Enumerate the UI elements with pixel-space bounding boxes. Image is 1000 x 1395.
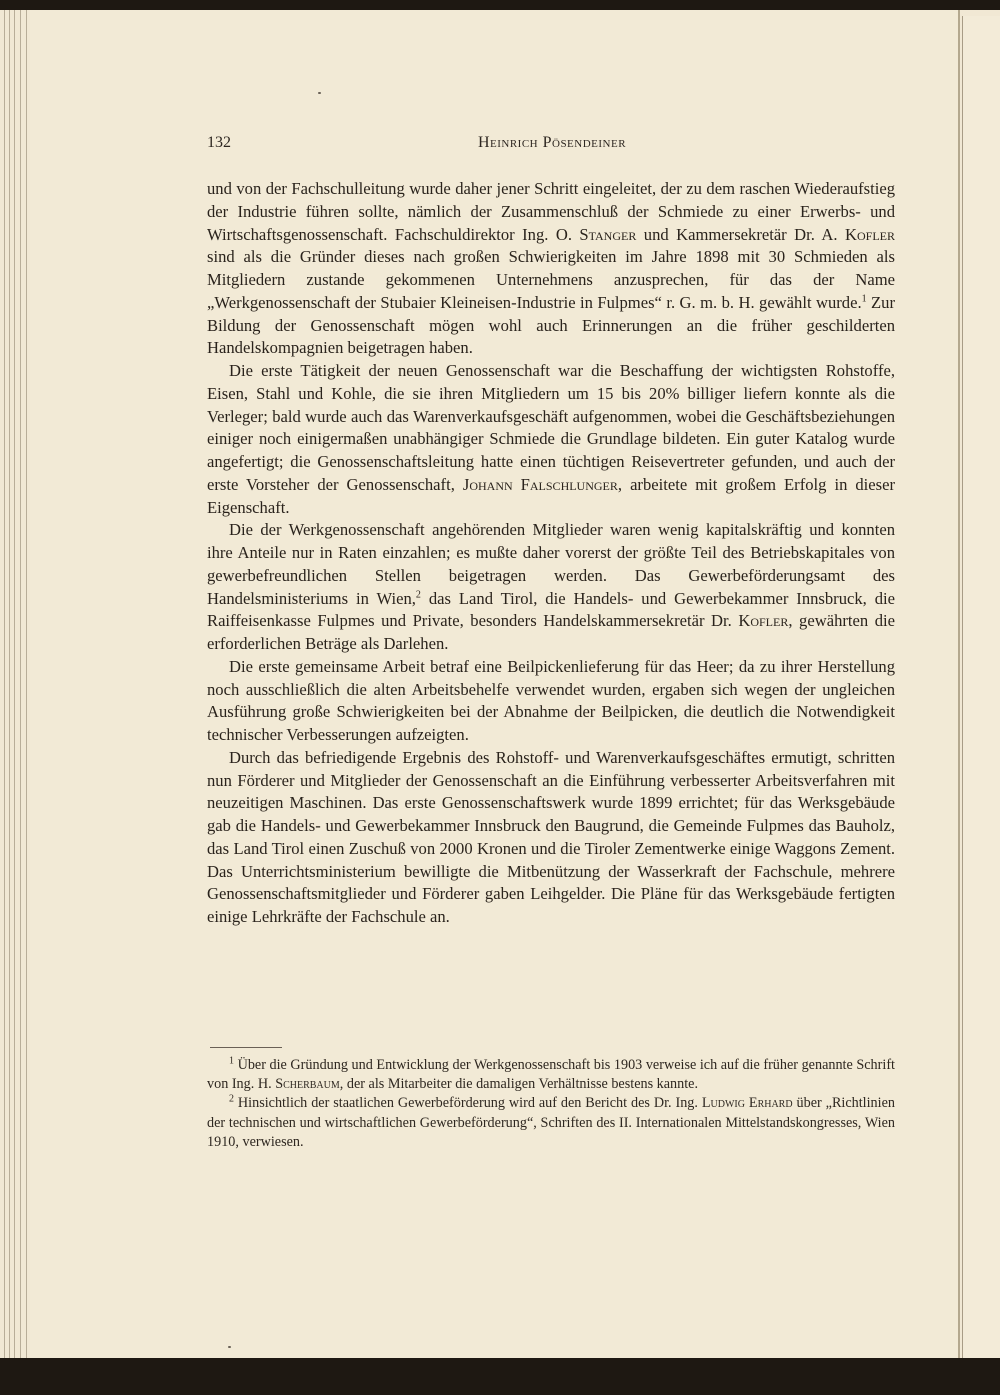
paper-speck bbox=[228, 1346, 231, 1348]
paragraph: Durch das befriedigende Ergebnis des Roh… bbox=[207, 747, 895, 929]
name-small-caps: Stanger bbox=[579, 225, 636, 244]
name-small-caps: Kofler bbox=[738, 611, 788, 630]
page-edge bbox=[20, 10, 21, 1358]
text-run: Die erste gemeinsame Arbeit betraf eine … bbox=[207, 657, 895, 744]
running-head-author: Heinrich Pösendeiner bbox=[207, 134, 897, 152]
footnote-rule bbox=[210, 1047, 282, 1048]
text-run: Durch das befriedigende Ergebnis des Roh… bbox=[207, 748, 895, 926]
footnotes: 1 Über die Gründung und Entwicklung der … bbox=[207, 1056, 895, 1152]
paragraph: und von der Fachschulleitung wurde daher… bbox=[207, 178, 895, 360]
footnote: 2 Hinsichtlich der staatlichen Gewerbefö… bbox=[207, 1094, 895, 1152]
name-small-caps: Scherbaum bbox=[275, 1076, 340, 1092]
name-small-caps: Ludwig Erhard bbox=[702, 1095, 793, 1111]
name-small-caps: Johann Falschlunger bbox=[463, 475, 618, 494]
text-run: , der als Mitarbeiter die damaligen Verh… bbox=[340, 1076, 698, 1092]
page-edge bbox=[9, 10, 10, 1358]
running-head: 132 Heinrich Pösendeiner bbox=[207, 134, 897, 156]
text-run: und Kammersekretär Dr. A. bbox=[636, 225, 845, 244]
footnote: 1 Über die Gründung und Entwicklung der … bbox=[207, 1056, 895, 1094]
paragraph: Die erste Tätigkeit der neuen Genossensc… bbox=[207, 360, 895, 519]
page-edge bbox=[4, 10, 5, 1358]
body-text: und von der Fachschulleitung wurde daher… bbox=[207, 178, 895, 929]
page-edge bbox=[14, 10, 15, 1358]
text-run: sind als die Gründer dieses nach großen … bbox=[207, 247, 895, 312]
facing-page-edge bbox=[962, 16, 1000, 1358]
page-edge bbox=[26, 10, 27, 1358]
paragraph: Die erste gemeinsame Arbeit betraf eine … bbox=[207, 656, 895, 747]
paragraph: Die der Werkgenossenschaft angehörenden … bbox=[207, 519, 895, 656]
name-small-caps: Kofler bbox=[845, 225, 895, 244]
paper-speck bbox=[318, 92, 321, 94]
text-run: Hinsichtlich der staatlichen Gewerbeförd… bbox=[234, 1095, 702, 1111]
